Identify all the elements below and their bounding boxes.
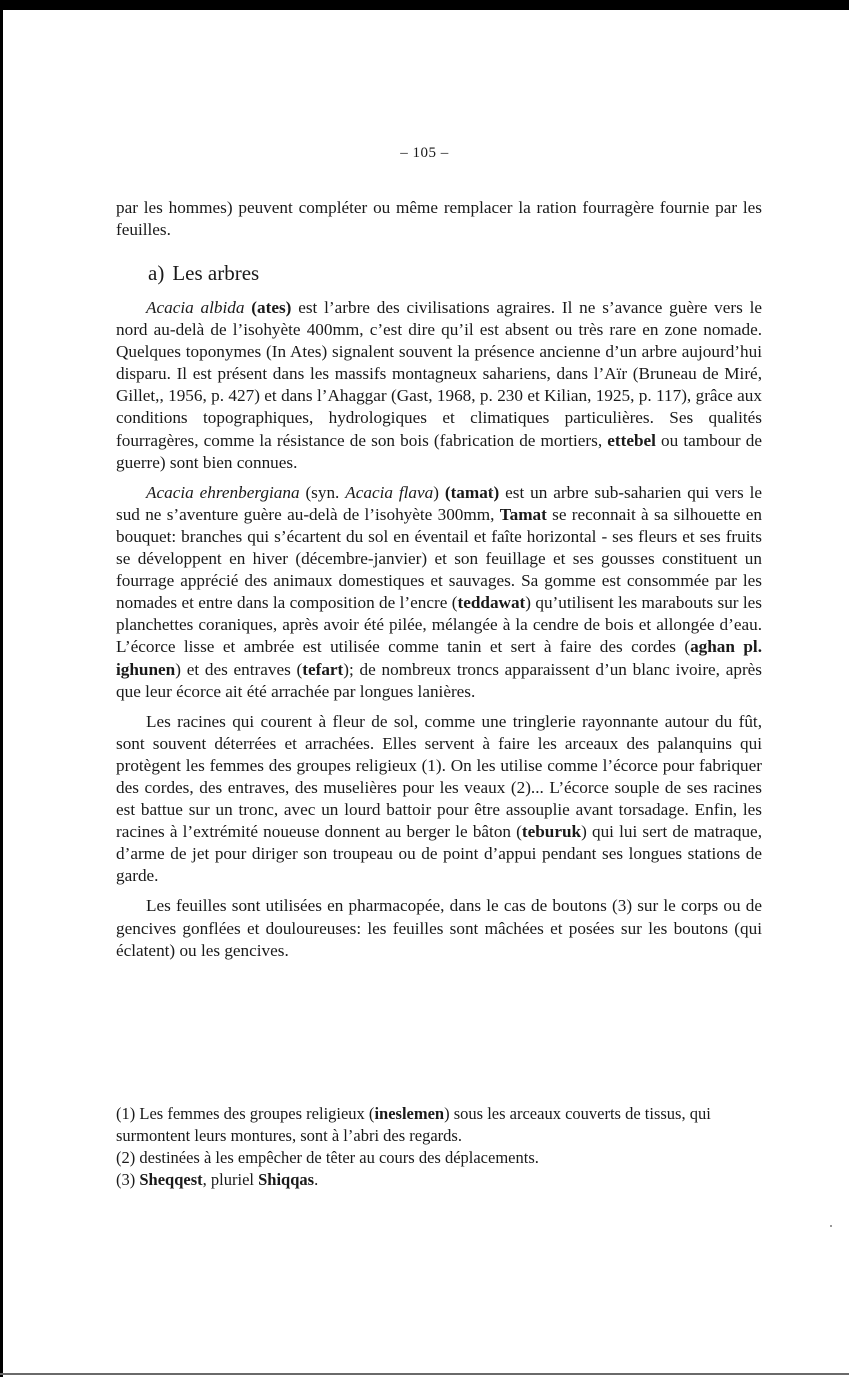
local-term: teburuk	[522, 822, 581, 841]
section-label: a)	[148, 261, 164, 285]
page-number: – 105 –	[0, 145, 849, 162]
footnote-1: (1) Les femmes des groupes religieux (in…	[116, 1103, 766, 1147]
footnote-text: .	[314, 1170, 318, 1189]
species-name: Acacia ehrenbergiana	[146, 483, 300, 502]
local-name: (tamat)	[445, 483, 499, 502]
paragraph-leaves: Les feuilles sont utilisées en pharmacop…	[116, 895, 762, 961]
local-term: Sheqqest	[139, 1170, 202, 1189]
scan-top-border	[0, 0, 849, 10]
footnote-3: (3) Sheqqest, pluriel Shiqqas.	[116, 1169, 766, 1191]
paragraph-text: )	[433, 483, 445, 502]
local-term: tefart	[302, 660, 343, 679]
section-title: Les arbres	[172, 261, 259, 285]
paragraph-text: est l’arbre des civilisations agraires. …	[116, 298, 762, 450]
footnote-marker: (3)	[116, 1170, 135, 1189]
footnote-text: Les femmes des groupes religieux (	[135, 1104, 374, 1123]
paragraph-acacia-ehrenbergiana: Acacia ehrenbergiana (syn. Acacia flava)…	[116, 482, 762, 703]
local-term: Shiqqas	[258, 1170, 314, 1189]
body-text: Acacia albida (ates) est l’arbre des civ…	[116, 297, 762, 962]
footnotes: (1) Les femmes des groupes religieux (in…	[116, 1103, 766, 1191]
paragraph-roots: Les racines qui courent à fleur de sol, …	[116, 711, 762, 888]
footnote-marker: (1)	[116, 1104, 135, 1123]
local-name: (ates)	[251, 298, 291, 317]
footnote-2: (2) destinées à les empêcher de têter au…	[116, 1147, 766, 1169]
footnote-text: destinées à les empêcher de têter au cou…	[135, 1148, 539, 1167]
paragraph-acacia-albida: Acacia albida (ates) est l’arbre des civ…	[116, 297, 762, 474]
local-term: ettebel	[607, 431, 656, 450]
section-heading: a)Les arbres	[148, 260, 259, 286]
synonym-name: Acacia flava	[345, 483, 433, 502]
local-term: teddawat	[457, 593, 525, 612]
scan-speck	[830, 1225, 832, 1227]
intro-paragraph: par les hommes) peuvent compléter ou mêm…	[116, 197, 762, 241]
intro-text: par les hommes) peuvent compléter ou mêm…	[116, 197, 762, 241]
footnote-text: , pluriel	[203, 1170, 258, 1189]
scan-speck	[490, 490, 492, 492]
footnote-marker: (2)	[116, 1148, 135, 1167]
scan-left-border	[0, 0, 3, 1377]
scan-bottom-border	[0, 1373, 849, 1375]
species-name: Acacia albida	[146, 298, 244, 317]
paragraph-text: (syn.	[300, 483, 346, 502]
local-term: Tamat	[500, 505, 547, 524]
local-term: ineslemen	[374, 1104, 444, 1123]
paragraph-text: ) et des entraves (	[175, 660, 302, 679]
